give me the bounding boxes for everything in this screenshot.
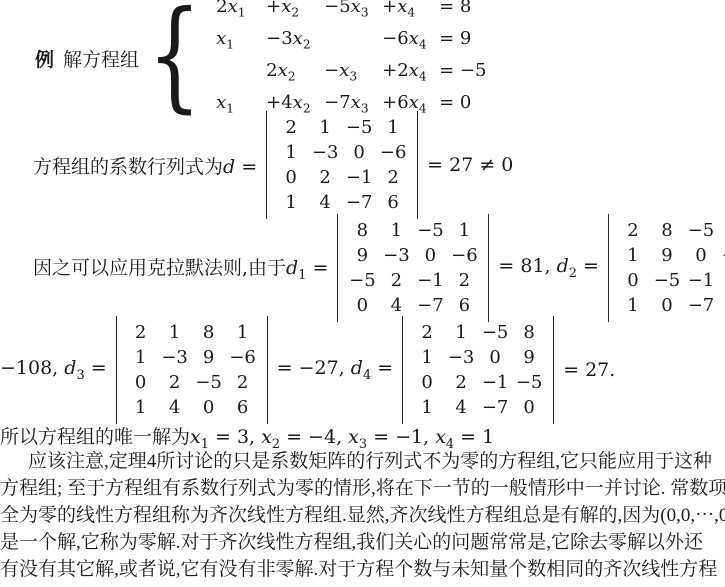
cramer-rule-prefix: 因之可以应用克拉默法则,由于d1 = bbox=[33, 253, 328, 283]
determinant-d3-cell: 8 bbox=[203, 320, 214, 345]
determinant-d2-cell: −5 bbox=[688, 218, 715, 243]
determinant-d2-cell: 0 bbox=[695, 243, 706, 268]
determinant-d3-cell: −5 bbox=[195, 370, 222, 395]
example-label: 例 bbox=[35, 45, 54, 72]
equation-term: x1 bbox=[216, 26, 234, 58]
determinant-d-cell: 1 bbox=[319, 115, 330, 140]
equation-term: −6x4 bbox=[382, 26, 427, 58]
d1-result-d2-intro: = 81, d2 = bbox=[498, 255, 599, 281]
solution-line: 所以方程组的唯一解为x1 = 3, x2 = −4, x3 = −1, x4 =… bbox=[0, 422, 725, 448]
determinant-d2-cell: 0 bbox=[627, 268, 638, 293]
determinant-d4-cell: 2 bbox=[455, 370, 466, 395]
determinant-d3-cell: 0 bbox=[135, 370, 146, 395]
paragraph-line: 应该注意,定理4所讨论的只是系数矩阵的行列式不为零的方程组,它只能应用于这种 bbox=[0, 448, 725, 475]
equation-term: x1 bbox=[216, 90, 234, 122]
determinant-d-cell: 1 bbox=[285, 140, 296, 165]
equation-term: −3x2 bbox=[266, 26, 311, 58]
determinant-d3-cell: 9 bbox=[203, 345, 214, 370]
determinant-d1-cell: 0 bbox=[425, 243, 436, 268]
determinant-d-cell: −3 bbox=[312, 140, 339, 165]
determinant-d4-cell: −7 bbox=[482, 395, 509, 420]
determinant-d4-cell: 0 bbox=[489, 345, 500, 370]
d2-result-d3-intro: −108, d3 = bbox=[0, 357, 107, 383]
determinant-d4-cell: 1 bbox=[421, 395, 432, 420]
equation-system-line: 例 解方程组 { 2x1+x2−5x3+x4= 8x1−3x2−6x4= 92x… bbox=[35, 4, 725, 112]
equation-term: +2x4 bbox=[382, 58, 427, 90]
determinant-d3-cell: 2 bbox=[237, 370, 248, 395]
coefficient-determinant-prefix: 方程组的系数行列式为d = bbox=[33, 152, 257, 179]
determinant-d2-cell: 9 bbox=[661, 243, 672, 268]
equation-term: +x4 bbox=[382, 0, 415, 26]
determinant-d1-cell: 0 bbox=[357, 293, 368, 318]
determinant-d1-cell: 2 bbox=[459, 268, 470, 293]
determinant-d1-cell: 9 bbox=[357, 243, 368, 268]
determinant-d-cell: 2 bbox=[285, 115, 296, 140]
determinant-d1-cell: −7 bbox=[417, 293, 444, 318]
determinant-d3-cell: 6 bbox=[237, 395, 248, 420]
determinant-d4-cell: −1 bbox=[482, 370, 509, 395]
equation-system-grid: 2x1+x2−5x3+x4= 8x1−3x2−6x4= 92x2−x3+2x4=… bbox=[216, 0, 486, 122]
cramer-d3-d4-line: −108, d3 = 21811−39−602−521406 = −27, d4… bbox=[0, 318, 725, 422]
coefficient-determinant-result: = 27 ≠ 0 bbox=[427, 154, 513, 176]
cramer-d1-d2-line: 因之可以应用克拉默法则,由于d1 = 81−519−30−6−52−1204−7… bbox=[33, 218, 725, 318]
determinant-d-cell: 0 bbox=[353, 140, 364, 165]
determinant-d4-cell: 1 bbox=[455, 320, 466, 345]
determinant-d1-cell: 8 bbox=[357, 218, 368, 243]
paragraph-line: 方程组; 至于方程组有系数行列式为零的情形,将在下一节的一般情形中一并讨论. 常… bbox=[0, 475, 725, 502]
determinant-d4: 21−581−30902−1−514−70 bbox=[402, 316, 554, 424]
determinant-d2-cell: 0 bbox=[661, 293, 672, 318]
determinant-d3-cell: 1 bbox=[237, 320, 248, 345]
paragraph-line: 是一个解,它称为零解.对于齐次线性方程组,我们关心的问题常常是,它除去零解以外还 bbox=[0, 529, 725, 556]
determinant-d2-cell: 8 bbox=[661, 218, 672, 243]
determinant-d-cell: 6 bbox=[387, 190, 398, 215]
coefficient-determinant-line: 方程组的系数行列式为d = 21−511−30−602−1214−76 = 27… bbox=[33, 112, 725, 218]
determinant-d-cell: 1 bbox=[285, 190, 296, 215]
determinant-d-cell: 0 bbox=[285, 165, 296, 190]
determinant-d2-cell: −1 bbox=[688, 268, 715, 293]
determinant-d3-cell: 0 bbox=[203, 395, 214, 420]
determinant-d-cell: −5 bbox=[346, 115, 373, 140]
determinant-d4-cell: 9 bbox=[523, 345, 534, 370]
determinant-d3-cell: −6 bbox=[229, 345, 256, 370]
left-brace-symbol: { bbox=[148, 3, 202, 105]
determinant-d1-cell: 1 bbox=[391, 218, 402, 243]
paragraph-line: 全为零的线性方程组称为齐次线性方程组.显然,齐次线性方程组总是有解的,因为(0,… bbox=[0, 502, 725, 529]
textbook-page: 例 解方程组 { 2x1+x2−5x3+x4= 8x1−3x2−6x4= 92x… bbox=[0, 0, 725, 587]
body-paragraph: 应该注意,定理4所讨论的只是系数矩阵的行列式不为零的方程组,它只能应用于这种 方… bbox=[0, 448, 725, 583]
determinant-d-cell: 2 bbox=[387, 165, 398, 190]
determinant-d4-cell: 0 bbox=[523, 395, 534, 420]
determinant-d3-cell: 2 bbox=[135, 320, 146, 345]
d3-result-d4-intro: = −27, d4 = bbox=[277, 357, 394, 383]
determinant-d-cell: −6 bbox=[380, 140, 407, 165]
determinant-d2-cell: 1 bbox=[627, 293, 638, 318]
determinant-d3-cell: 2 bbox=[169, 370, 180, 395]
determinant-d2-cell: −5 bbox=[654, 268, 681, 293]
determinant-d3-cell: 1 bbox=[135, 395, 146, 420]
equation-term: 2x1 bbox=[216, 0, 245, 26]
equation-term: −5x3 bbox=[324, 0, 369, 26]
determinant-d4-cell: 0 bbox=[421, 370, 432, 395]
example-prompt: 解方程组 bbox=[63, 45, 139, 72]
determinant-d-cell: 1 bbox=[387, 115, 398, 140]
determinant-d-cell: −1 bbox=[346, 165, 373, 190]
determinant-d3: 21811−39−602−521406 bbox=[116, 316, 268, 424]
equation-term: −x3 bbox=[324, 58, 357, 90]
determinant-d1-cell: −6 bbox=[451, 243, 478, 268]
determinant-d1-cell: 1 bbox=[459, 218, 470, 243]
determinant-d4-cell: −5 bbox=[482, 320, 509, 345]
determinant-d2-cell: 1 bbox=[627, 243, 638, 268]
determinant-d4-cell: −3 bbox=[448, 345, 475, 370]
equation-term: +x2 bbox=[266, 0, 299, 26]
determinant-d4-cell: 4 bbox=[455, 395, 466, 420]
equation-term: = 8 bbox=[439, 0, 471, 26]
determinant-d: 21−511−30−602−1214−76 bbox=[266, 111, 418, 219]
determinant-d-cell: −7 bbox=[346, 190, 373, 215]
determinant-d3-cell: 1 bbox=[169, 320, 180, 345]
determinant-d2: 28−51190−60−5−1210−76 bbox=[608, 214, 725, 322]
determinant-d2-cell: −7 bbox=[688, 293, 715, 318]
equation-term: = 9 bbox=[439, 26, 471, 58]
determinant-d3-cell: −3 bbox=[161, 345, 188, 370]
determinant-d-cell: 2 bbox=[319, 165, 330, 190]
determinant-d4-cell: −5 bbox=[516, 370, 543, 395]
determinant-d4-cell: 8 bbox=[523, 320, 534, 345]
determinant-d-cell: 4 bbox=[319, 190, 330, 215]
equation-term: = 0 bbox=[439, 90, 471, 122]
determinant-d4-cell: 1 bbox=[421, 345, 432, 370]
determinant-d1-cell: −5 bbox=[349, 268, 376, 293]
determinant-d1-cell: 4 bbox=[391, 293, 402, 318]
determinant-d1-cell: 6 bbox=[459, 293, 470, 318]
determinant-d1-cell: −3 bbox=[383, 243, 410, 268]
d4-result: = 27. bbox=[563, 359, 615, 381]
determinant-d2-cell: 2 bbox=[627, 218, 638, 243]
determinant-d3-cell: 4 bbox=[169, 395, 180, 420]
determinant-d1-cell: −1 bbox=[417, 268, 444, 293]
determinant-d1-cell: −5 bbox=[417, 218, 444, 243]
determinant-d3-cell: 1 bbox=[135, 345, 146, 370]
paragraph-line: 有没有其它解,或者说,它有没有非零解.对于方程个数与未知量个数相同的齐次线性方程 bbox=[0, 556, 725, 583]
determinant-d1: 81−519−30−6−52−1204−76 bbox=[337, 214, 489, 322]
determinant-d1-cell: 2 bbox=[391, 268, 402, 293]
determinant-d4-cell: 2 bbox=[421, 320, 432, 345]
equation-term: = −5 bbox=[439, 58, 486, 90]
equation-term: 2x2 bbox=[266, 58, 295, 90]
